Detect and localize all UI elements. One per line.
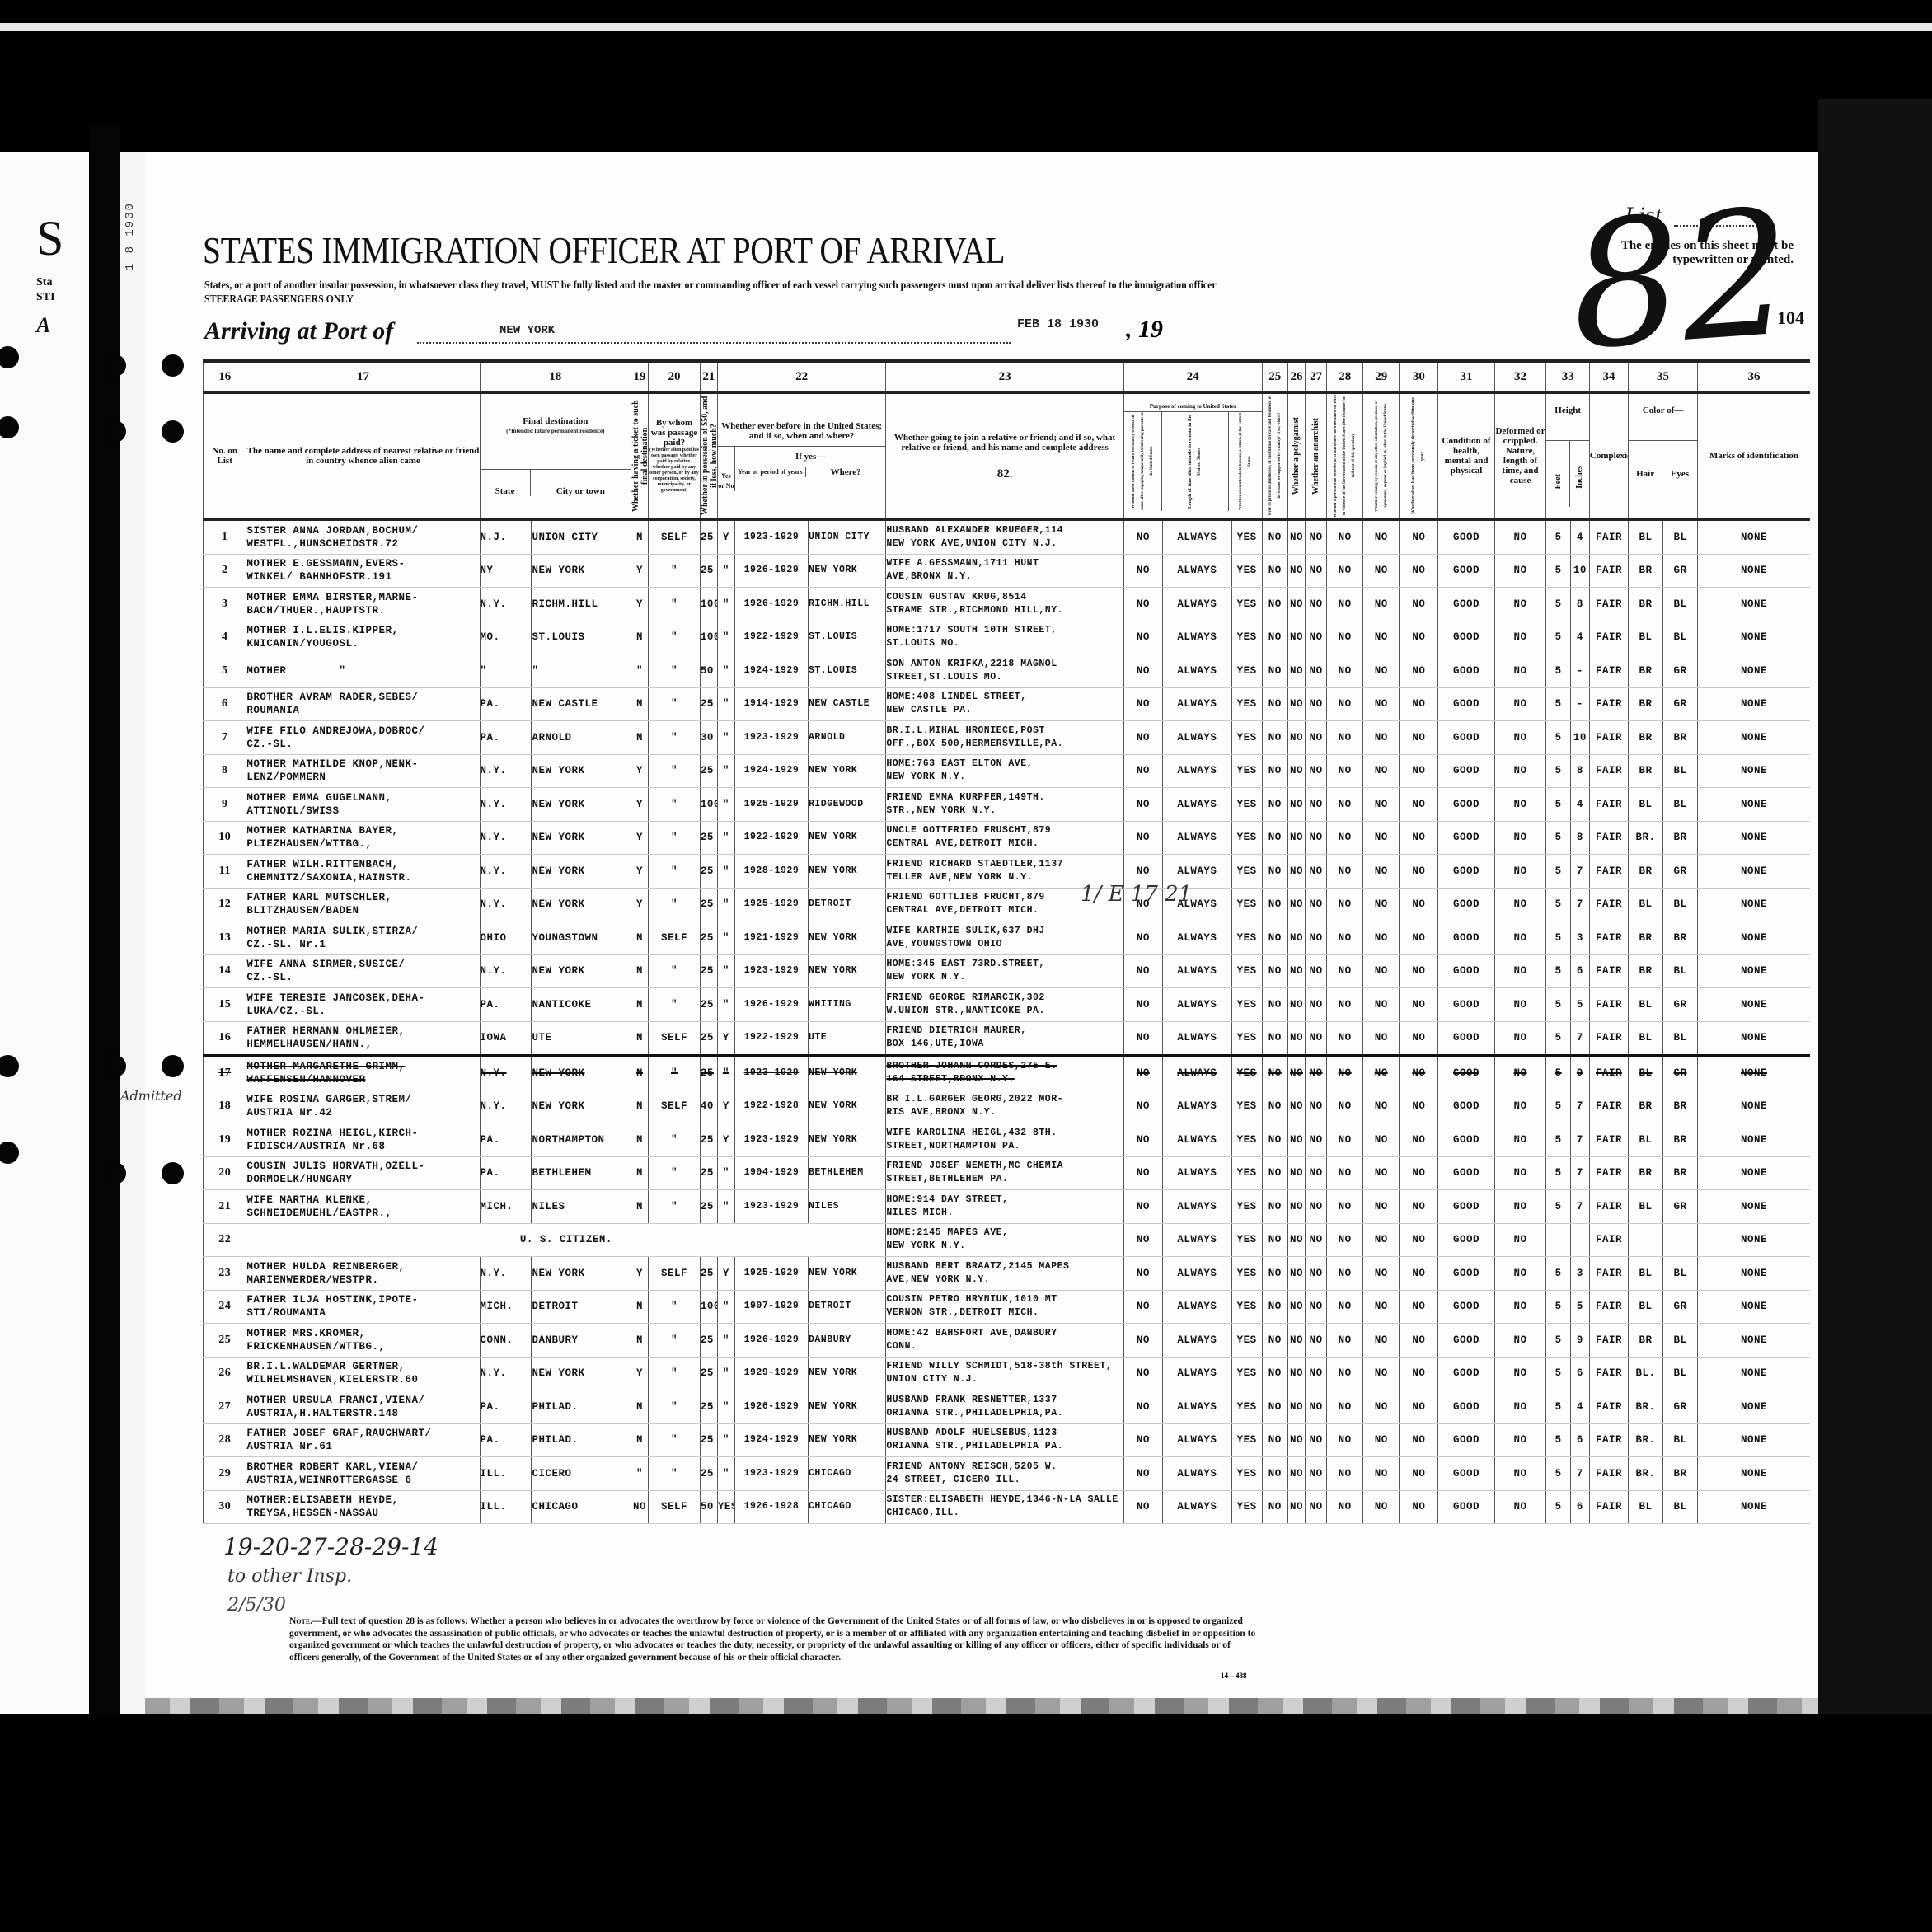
height-inches: 6 <box>1570 1357 1589 1390</box>
eye-color: BL <box>1663 954 1698 988</box>
deformed: NO <box>1494 1190 1546 1224</box>
dest-city: YOUNGSTOWN <box>532 921 631 955</box>
eye-color: GR <box>1663 1190 1698 1224</box>
header-money: Whether in possession of $50, and if les… <box>701 394 717 518</box>
length-of-stay: ALWAYS <box>1162 621 1231 654</box>
dest-city: DANBURY <box>532 1324 631 1358</box>
eye-color: BL <box>1663 1357 1698 1390</box>
marks: NONE <box>1697 1190 1810 1224</box>
footnote-lead: Note. <box>289 1616 312 1626</box>
height-inches: 7 <box>1570 1190 1589 1224</box>
years-in-us: 1929-1929 <box>734 1357 808 1390</box>
ever-before: Y <box>717 1021 734 1056</box>
dest-state: N.Y. <box>480 788 532 822</box>
health: GOOD <box>1438 921 1494 955</box>
contract-labor: NO <box>1363 888 1400 921</box>
adjacent-page-text-1: Sta <box>36 276 52 289</box>
citizen-intent: YES <box>1231 1490 1262 1524</box>
complexion: FAIR <box>1589 988 1628 1022</box>
citizen-intent: YES <box>1231 988 1262 1022</box>
prison: NO <box>1262 1190 1287 1224</box>
contract-labor: NO <box>1363 921 1400 955</box>
eye-color: BL <box>1663 888 1698 921</box>
nearest-relative: SISTER ANNA JORDAN,BOCHUM/ WESTFL.,HUNSC… <box>246 519 480 554</box>
marks: NONE <box>1697 855 1810 889</box>
height-feet: 5 <box>1546 1423 1570 1457</box>
polygamist: NO <box>1288 1123 1306 1157</box>
col-num-16: 16 <box>204 361 246 393</box>
height-inches: 7 <box>1570 855 1589 889</box>
contract-labor: NO <box>1363 588 1400 621</box>
anarchist: NO <box>1305 1156 1326 1190</box>
dest-city: NEW YORK <box>532 1090 631 1123</box>
joining-relative: WIFE A.GESSMANN,1711 HUNT AVE,BRONX N.Y. <box>886 554 1123 588</box>
dest-city: UNION CITY <box>532 519 631 554</box>
contract-labor: NO <box>1363 1290 1400 1324</box>
deported: NO <box>1400 788 1438 822</box>
years-in-us: 1923-1929 <box>734 721 808 755</box>
health: GOOD <box>1438 1324 1494 1358</box>
years-in-us: 1921-1929 <box>734 921 808 955</box>
returning: NO <box>1123 1257 1162 1291</box>
deformed: NO <box>1494 1056 1546 1090</box>
nearest-relative: MOTHER EMMA GUGELMANN, ATTINOIL/SWISS <box>246 788 480 822</box>
hair-color: BR <box>1629 1324 1663 1358</box>
height-inches: 7 <box>1570 1021 1589 1056</box>
ever-before: " <box>717 588 734 621</box>
binder-hole-icon <box>104 420 126 443</box>
where-in-us: RICHM.HILL <box>808 588 885 621</box>
prison: NO <box>1262 1123 1287 1157</box>
passage-paid: SELF <box>649 1090 701 1123</box>
where-in-us: UNION CITY <box>808 519 885 554</box>
table-row: 27MOTHER URSULA FRANCI,VIENA/ AUSTRIA,H.… <box>204 1390 1811 1424</box>
handwritten-annotation: 1/ E 17 21 <box>1081 882 1192 907</box>
passage-paid: " <box>649 1423 701 1457</box>
polygamist: NO <box>1288 1021 1306 1056</box>
ever-before: " <box>717 954 734 988</box>
hair-color: BR. <box>1629 1457 1663 1491</box>
dest-city: RICHM.HILL <box>532 588 631 621</box>
citizen-intent: YES <box>1231 921 1262 955</box>
table-row: 18WIFE ROSINA GARGER,STREM/ AUSTRIA Nr.4… <box>204 1090 1811 1123</box>
money: 100 <box>700 588 717 621</box>
passage-paid: " <box>649 1357 701 1390</box>
complexion: FAIR <box>1589 1423 1628 1457</box>
ever-before: " <box>717 921 734 955</box>
money: 50 <box>700 654 717 688</box>
col-num-24: 24 <box>1123 361 1262 393</box>
ticket: N <box>631 1290 649 1324</box>
ever-before: " <box>717 1190 734 1224</box>
height-feet: 5 <box>1546 1290 1570 1324</box>
citizen-intent: YES <box>1231 1390 1262 1424</box>
contract-labor: NO <box>1363 1090 1400 1123</box>
table-row: 13MOTHER MARIA SULIK,STIRZA/ CZ.-SL. Nr.… <box>204 921 1811 955</box>
table-row: 1SISTER ANNA JORDAN,BOCHUM/ WESTFL.,HUNS… <box>204 519 1811 554</box>
deformed: NO <box>1494 519 1546 554</box>
prison: NO <box>1262 754 1287 788</box>
complexion: FAIR <box>1589 1156 1628 1190</box>
col-num-27: 27 <box>1305 361 1326 393</box>
money: 25 <box>700 519 717 554</box>
complexion: FAIR <box>1589 588 1628 621</box>
money: 25 <box>700 855 717 889</box>
deformed: NO <box>1494 1090 1546 1123</box>
health: GOOD <box>1438 1190 1494 1224</box>
prison: NO <box>1262 1021 1287 1056</box>
dest-city: NEW YORK <box>532 954 631 988</box>
port-value: NEW YORK <box>499 324 555 337</box>
hair-color: BL <box>1629 888 1663 921</box>
polygamist: NO <box>1288 721 1306 755</box>
ever-before: YES <box>717 1490 734 1524</box>
height-inches: 7 <box>1570 1457 1589 1491</box>
dest-state: N.J. <box>480 519 532 554</box>
height-inches: 7 <box>1570 1090 1589 1123</box>
marks: NONE <box>1697 888 1810 921</box>
row-number: 10 <box>204 821 246 855</box>
where-in-us: NEW YORK <box>808 554 885 588</box>
years-in-us: 1926-1929 <box>734 1390 808 1424</box>
overthrow: NO <box>1327 988 1363 1022</box>
deformed: NO <box>1494 721 1546 755</box>
manifest-sheet: STATES IMMIGRATION OFFICER AT PORT OF AR… <box>145 152 1818 1714</box>
row-number: 29 <box>204 1457 246 1491</box>
deformed: NO <box>1494 821 1546 855</box>
row-number: 27 <box>204 1390 246 1424</box>
eye-color: BR <box>1663 1090 1698 1123</box>
hair-color: BR <box>1629 588 1663 621</box>
citizen-intent: YES <box>1231 588 1262 621</box>
returning: NO <box>1123 1021 1162 1056</box>
height-feet: 5 <box>1546 654 1570 688</box>
money: 100 <box>700 788 717 822</box>
eye-color: BL <box>1663 1324 1698 1358</box>
dest-state: N.Y. <box>480 588 532 621</box>
dest-city: PHILAD. <box>532 1390 631 1424</box>
overthrow: NO <box>1327 1490 1363 1524</box>
complexion: FAIR <box>1589 788 1628 822</box>
dest-city: NEW YORK <box>532 788 631 822</box>
hair-color: BL <box>1629 1490 1663 1524</box>
row-number: 15 <box>204 988 246 1022</box>
deported: NO <box>1400 821 1438 855</box>
header-if-yes: If yes— <box>735 447 885 467</box>
contract-labor: NO <box>1363 1490 1400 1524</box>
money: 25 <box>700 1457 717 1491</box>
citizen-intent: YES <box>1231 1123 1262 1157</box>
hair-color: BR <box>1629 1156 1663 1190</box>
height-inches: 6 <box>1570 954 1589 988</box>
adjacent-page-text-2: STI <box>36 291 55 304</box>
height-inches: 7 <box>1570 888 1589 921</box>
col-num-29: 29 <box>1363 361 1400 393</box>
complexion: FAIR <box>1589 888 1628 921</box>
where-in-us: DANBURY <box>808 1324 885 1358</box>
joining-relative: HOME:42 BAHSFORT AVE,DANBURY CONN. <box>886 1324 1123 1358</box>
prison: NO <box>1262 1423 1287 1457</box>
table-row: 25MOTHER MRS.KROMER, FRICKENHAUSEN/WTTBG… <box>204 1324 1811 1358</box>
table-row: 30MOTHER:ELISABETH HEYDE, TREYSA,HESSEN-… <box>204 1490 1811 1524</box>
ever-before: Y <box>717 1257 734 1291</box>
anarchist: NO <box>1305 1324 1326 1358</box>
dest-city: NEW YORK <box>532 855 631 889</box>
passage-paid: " <box>649 721 701 755</box>
contract-labor: NO <box>1363 519 1400 554</box>
ticket: N <box>631 1423 649 1457</box>
year-prefix: , 19 <box>1126 316 1163 344</box>
money: 25 <box>700 1156 717 1190</box>
deformed: NO <box>1494 1123 1546 1157</box>
height-feet: 5 <box>1546 855 1570 889</box>
row-number: 4 <box>204 621 246 654</box>
deported: NO <box>1400 721 1438 755</box>
nearest-relative: MOTHER KATHARINA BAYER, PLIEZHAUSEN/WTTB… <box>246 821 480 855</box>
dest-state: ILL. <box>480 1457 532 1491</box>
ticket: Y <box>631 554 649 588</box>
height-feet: 5 <box>1546 519 1570 554</box>
polygamist: NO <box>1288 788 1306 822</box>
length-of-stay: ALWAYS <box>1162 1223 1231 1257</box>
row-number: 30 <box>204 1490 246 1524</box>
header-where: Where? <box>805 467 885 477</box>
dest-state: N.Y. <box>480 1257 532 1291</box>
deported: NO <box>1400 1290 1438 1324</box>
header-ever-before: Whether ever before in the United States… <box>717 392 885 519</box>
polygamist: NO <box>1288 1423 1306 1457</box>
passage-paid: " <box>649 1290 701 1324</box>
polygamist: NO <box>1288 1357 1306 1390</box>
citizen-intent: YES <box>1231 1156 1262 1190</box>
joining-relative: COUSIN GUSTAV KRUG,8514 STRAME STR.,RICH… <box>886 588 1123 621</box>
deported: NO <box>1400 855 1438 889</box>
marks: NONE <box>1697 821 1810 855</box>
anarchist: NO <box>1305 554 1326 588</box>
contract-labor: NO <box>1363 687 1400 721</box>
polygamist: NO <box>1288 588 1306 621</box>
height-inches: 6 <box>1570 1423 1589 1457</box>
dest-state: N.Y. <box>480 888 532 921</box>
anarchist: NO <box>1305 788 1326 822</box>
col-num-32: 32 <box>1494 361 1546 393</box>
height-inches: 7 <box>1570 1123 1589 1157</box>
length-of-stay: ALWAYS <box>1162 988 1231 1022</box>
row-number: 19 <box>204 1123 246 1157</box>
height-feet: 5 <box>1546 1056 1570 1090</box>
table-row: 17MOTHER MARGARETHE GRIMM, WAFFENSEN/HAN… <box>204 1056 1811 1090</box>
citizen-intent: YES <box>1231 855 1262 889</box>
arriving-label: Arriving at Port of <box>204 317 393 345</box>
table-row: 22U. S. CITIZEN.HOME:2145 MAPES AVE, NEW… <box>204 1223 1811 1257</box>
marks: NONE <box>1697 1257 1810 1291</box>
eye-color: BL <box>1663 754 1698 788</box>
header-marks: Marks of identification <box>1697 392 1810 519</box>
marks: NONE <box>1697 1156 1810 1190</box>
returning: NO <box>1123 954 1162 988</box>
hair-color: BL <box>1629 1123 1663 1157</box>
table-row: 9MOTHER EMMA GUGELMANN, ATTINOIL/SWISSN.… <box>204 788 1811 822</box>
nearest-relative: FATHER KARL MUTSCHLER, BLITZHAUSEN/BADEN <box>246 888 480 921</box>
prison: NO <box>1262 1457 1287 1491</box>
hair-color: BL <box>1629 988 1663 1022</box>
returning: NO <box>1123 1490 1162 1524</box>
polygamist: NO <box>1288 821 1306 855</box>
contract-labor: NO <box>1363 1390 1400 1424</box>
row-number: 5 <box>204 654 246 688</box>
where-in-us: NEW YORK <box>808 1056 885 1090</box>
table-row: 12FATHER KARL MUTSCHLER, BLITZHAUSEN/BAD… <box>204 888 1811 921</box>
length-of-stay: ALWAYS <box>1162 1156 1231 1190</box>
ticket: N <box>631 721 649 755</box>
row-number: 3 <box>204 588 246 621</box>
row-number: 26 <box>204 1357 246 1390</box>
height-inches: 4 <box>1570 1390 1589 1424</box>
marks: NONE <box>1697 621 1810 654</box>
complexion: FAIR <box>1589 1190 1628 1224</box>
years-in-us: 1925-1929 <box>734 788 808 822</box>
polygamist: NO <box>1288 1190 1306 1224</box>
years-in-us: 1926-1929 <box>734 588 808 621</box>
polygamist: NO <box>1288 988 1306 1022</box>
health: GOOD <box>1438 1223 1494 1257</box>
overthrow: NO <box>1327 654 1363 688</box>
joining-relative: WIFE KAROLINA HEIGL,432 8TH. STREET,NORT… <box>886 1123 1123 1157</box>
height-inches: 5 <box>1570 988 1589 1022</box>
length-of-stay: ALWAYS <box>1162 519 1231 554</box>
joining-relative: WIFE KARTHIE SULIK,637 DHJ AVE,YOUNGSTOW… <box>886 921 1123 955</box>
anarchist: NO <box>1305 721 1326 755</box>
complexion: FAIR <box>1589 1390 1628 1424</box>
complexion: FAIR <box>1589 687 1628 721</box>
hair-color: BR <box>1629 687 1663 721</box>
anarchist: NO <box>1305 754 1326 788</box>
length-of-stay: ALWAYS <box>1162 821 1231 855</box>
height-inches: 9 <box>1570 1324 1589 1358</box>
prison: NO <box>1262 1357 1287 1390</box>
ever-before: " <box>717 855 734 889</box>
marks: NONE <box>1697 1056 1810 1090</box>
deformed: NO <box>1494 1290 1546 1324</box>
where-in-us: CHICAGO <box>808 1457 885 1491</box>
passage-paid: SELF <box>649 1021 701 1056</box>
where-in-us: NEW YORK <box>808 1257 885 1291</box>
contract-labor: NO <box>1363 621 1400 654</box>
handwritten-note: to other Insp. <box>227 1566 352 1587</box>
height-inches: 3 <box>1570 921 1589 955</box>
eye-color <box>1663 1223 1698 1257</box>
deformed: NO <box>1494 1223 1546 1257</box>
length-of-stay: ALWAYS <box>1162 788 1231 822</box>
overthrow: NO <box>1327 721 1363 755</box>
deformed: NO <box>1494 954 1546 988</box>
dest-state: CONN. <box>480 1324 532 1358</box>
dest-state: PA. <box>480 1123 532 1157</box>
health: GOOD <box>1438 1357 1494 1390</box>
length-of-stay: ALWAYS <box>1162 1357 1231 1390</box>
returning: NO <box>1123 554 1162 588</box>
deported: NO <box>1400 1156 1438 1190</box>
years-in-us: 1922-1929 <box>734 821 808 855</box>
ever-before: " <box>717 687 734 721</box>
where-in-us: NILES <box>808 1190 885 1224</box>
returning: NO <box>1123 1423 1162 1457</box>
height-inches: 5 <box>1570 1290 1589 1324</box>
money: 30 <box>700 721 717 755</box>
hair-color: BL <box>1629 788 1663 822</box>
height-feet: 5 <box>1546 687 1570 721</box>
ever-before: Y <box>717 519 734 554</box>
row-number: 16 <box>204 1021 246 1056</box>
joining-relative: HOME:1717 SOUTH 10TH STREET, ST.LOUIS MO… <box>886 621 1123 654</box>
where-in-us: NEW YORK <box>808 821 885 855</box>
table-row: 5MOTHER """""50"1924-1929ST.LOUISSON ANT… <box>204 654 1811 688</box>
ever-before: " <box>717 621 734 654</box>
scan-top-stripe <box>0 23 1932 31</box>
contract-labor: NO <box>1363 1457 1400 1491</box>
nearest-relative: MOTHER MARIA SULIK,STIRZA/ CZ.-SL. Nr.1 <box>246 921 480 955</box>
health: GOOD <box>1438 1156 1494 1190</box>
where-in-us: DETROIT <box>808 1290 885 1324</box>
passage-paid: " <box>649 687 701 721</box>
anarchist: NO <box>1305 1123 1326 1157</box>
passage-paid: " <box>649 588 701 621</box>
dest-city: UTE <box>532 1021 631 1056</box>
height-feet: 5 <box>1546 721 1570 755</box>
citizen-intent: YES <box>1231 621 1262 654</box>
prison: NO <box>1262 519 1287 554</box>
adjacent-page-text-3: A <box>36 313 50 338</box>
health: GOOD <box>1438 954 1494 988</box>
polygamist: NO <box>1288 1390 1306 1424</box>
health: GOOD <box>1438 855 1494 889</box>
date-stamp-vertical: 1 8 1930 <box>124 202 137 270</box>
contract-labor: NO <box>1363 954 1400 988</box>
ever-before: " <box>717 754 734 788</box>
dest-city: NEW YORK <box>532 554 631 588</box>
anarchist: NO <box>1305 888 1326 921</box>
deported: NO <box>1400 954 1438 988</box>
ever-before: " <box>717 988 734 1022</box>
height-feet: 5 <box>1546 1156 1570 1190</box>
money: 100 <box>700 1290 717 1324</box>
row-number: 28 <box>204 1423 246 1457</box>
prison: NO <box>1262 1390 1287 1424</box>
polygamist: NO <box>1288 654 1306 688</box>
marks: NONE <box>1697 754 1810 788</box>
height-feet: 5 <box>1546 788 1570 822</box>
anarchist: NO <box>1305 1390 1326 1424</box>
polygamist: NO <box>1288 1090 1306 1123</box>
dest-city: PHILAD. <box>532 1423 631 1457</box>
header-purpose-label: Purpose of coming to United States <box>1124 401 1262 411</box>
complexion: FAIR <box>1589 1090 1628 1123</box>
length-of-stay: ALWAYS <box>1162 721 1231 755</box>
overthrow: NO <box>1327 1123 1363 1157</box>
subtitle-steerage: STEERAGE PASSENGERS ONLY <box>204 292 1394 306</box>
deported: NO <box>1400 654 1438 688</box>
returning: NO <box>1123 754 1162 788</box>
adjacent-page-letter: S <box>36 210 63 267</box>
passenger-manifest-table: 16 17 18 19 20 21 22 23 24 25 26 27 28 2… <box>203 359 1810 1524</box>
length-of-stay: ALWAYS <box>1162 1123 1231 1157</box>
header-length-of-stay: Length of time alien intends to remain i… <box>1186 412 1204 511</box>
health: GOOD <box>1438 1257 1494 1291</box>
hair-color: BR. <box>1629 1390 1663 1424</box>
hair-color: BR <box>1629 654 1663 688</box>
nearest-relative: MOTHER EMMA BIRSTER,MARNE- BACH/THUER.,H… <box>246 588 480 621</box>
header-prison: Ever in prison or almshouse, or institut… <box>1266 394 1284 518</box>
